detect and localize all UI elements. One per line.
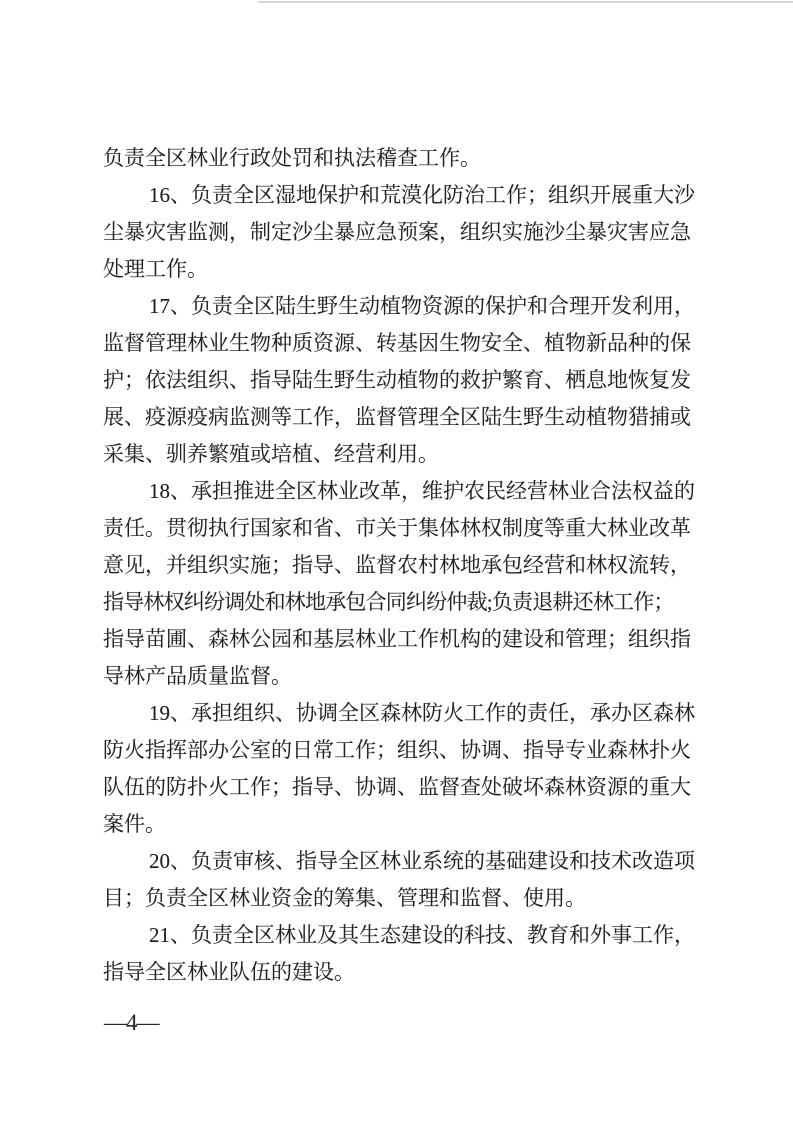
document-line: 导林产品质量监督。 xyxy=(103,658,699,695)
document-line: 监督管理林业生物种质资源、转基因生物安全、植物新品种的保 xyxy=(103,325,699,362)
document-line: 20、负责审核、指导全区林业系统的基础建设和技术改造项 xyxy=(103,843,699,880)
document-line: 防火指挥部办公室的日常工作；组织、协调、指导专业森林扑火 xyxy=(103,732,699,769)
document-line: 18、承担推进全区林业改革，维护农民经营林业合法权益的 xyxy=(103,473,699,510)
document-line: 采集、驯养繁殖或培植、经营利用。 xyxy=(103,436,699,473)
document-line: 17、负责全区陆生野生动植物资源的保护和合理开发利用， xyxy=(103,288,699,325)
document-line: 意见，并组织实施；指导、监督农村林地承包经营和林权流转， xyxy=(103,547,699,584)
document-line: 指导林权纠纷调处和林地承包合同纠纷仲裁;负责退耕还林工作； xyxy=(103,584,699,621)
document-line: 负责全区林业行政处罚和执法稽查工作。 xyxy=(103,140,699,177)
document-line: 案件。 xyxy=(103,806,699,843)
document-line: 尘暴灾害监测，制定沙尘暴应急预案，组织实施沙尘暴灾害应急 xyxy=(103,214,699,251)
document-line: 队伍的防扑火工作；指导、协调、监督查处破坏森林资源的重大 xyxy=(103,769,699,806)
document-line: 护；依法组织、指导陆生野生动植物的救护繁育、栖息地恢复发 xyxy=(103,362,699,399)
document-line: 展、疫源疫病监测等工作，监督管理全区陆生野生动植物猎捕或 xyxy=(103,399,699,436)
document-line: 19、承担组织、协调全区森林防火工作的责任，承办区森林 xyxy=(103,695,699,732)
document-lines: 负责全区林业行政处罚和执法稽查工作。16、负责全区湿地保护和荒漠化防治工作；组织… xyxy=(103,140,699,991)
document-line: 21、负责全区林业及其生态建设的科技、教育和外事工作， xyxy=(103,917,699,954)
document-line: 指导苗圃、森林公园和基层林业工作机构的建设和管理；组织指 xyxy=(103,621,699,658)
document-line: 责任。贯彻执行国家和省、市关于集体林权制度等重大林业改革 xyxy=(103,510,699,547)
page-number: —4— xyxy=(104,1008,159,1038)
document-line: 16、负责全区湿地保护和荒漠化防治工作；组织开展重大沙 xyxy=(103,177,699,214)
document-line: 目；负责全区林业资金的筹集、管理和监督、使用。 xyxy=(103,880,699,917)
document-page: 负责全区林业行政处罚和执法稽查工作。16、负责全区湿地保护和荒漠化防治工作；组织… xyxy=(0,0,793,1122)
scan-edge-artifact xyxy=(258,1,793,3)
document-line: 处理工作。 xyxy=(103,251,699,288)
document-line: 指导全区林业队伍的建设。 xyxy=(103,954,699,991)
